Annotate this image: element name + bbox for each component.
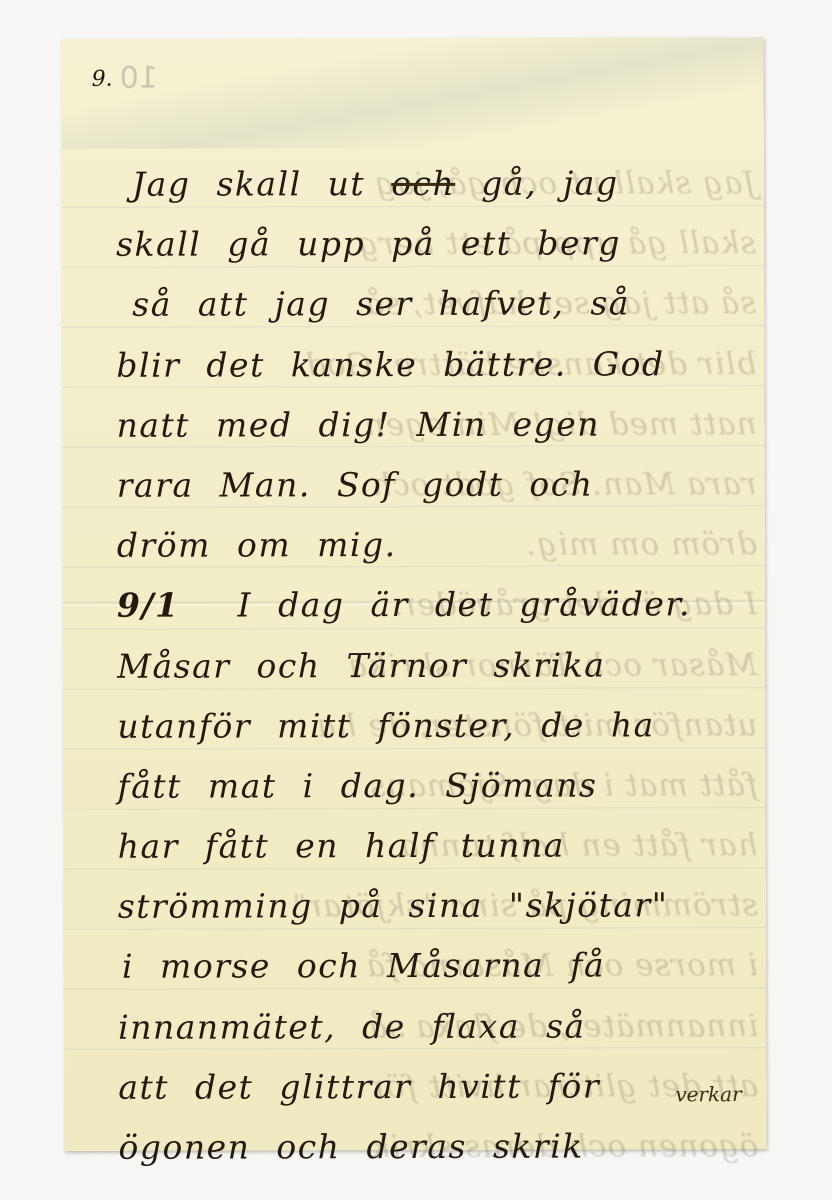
handwritten-line: fått mat i dag. Sjömans xyxy=(117,765,597,805)
handwritten-line: i morse och Måsarna få xyxy=(122,946,605,986)
handwritten-line: innanmätet, de flaxa så xyxy=(118,1006,586,1046)
text-line: så att jag ser hafvet, så så att jag ser… xyxy=(116,275,756,337)
handwritten-line: rara Man. Sof godt och xyxy=(117,464,594,504)
handwritten-line: Måsar och Tärnor skrika xyxy=(117,645,605,685)
handwritten-line: så att jag ser hafvet, så xyxy=(132,284,630,324)
handwritten-line: dröm om mig. xyxy=(117,525,397,565)
handwritten-line: Jag skall ut och gå, jag xyxy=(132,163,619,203)
bleedthrough-text: dröm om mig. xyxy=(525,526,757,563)
text-line: i morse och Måsarna få i morse och Måsar… xyxy=(118,938,758,1000)
handwritten-line: 9/1I dag är det gråväder. xyxy=(117,585,691,626)
handwritten-line: utanför mitt fönster, de ha xyxy=(117,705,655,745)
handwritten-line: att det glittrar hvitt för xyxy=(118,1066,600,1106)
handwritten-line: blir det kanske bättre. God xyxy=(116,344,664,384)
text-line: I dag är det gråväder. 9/1I dag är det g… xyxy=(117,576,757,638)
text-line: att det glittrar hvitt för att det glitt… xyxy=(118,1058,758,1120)
text-line: dröm om mig. dröm om mig. xyxy=(117,516,757,578)
text-line: rara Man. Sof godt och rara Man. Sof god… xyxy=(117,456,757,518)
handwritten-line: strömming på sina "skjötar" xyxy=(118,886,669,926)
handwritten-line: skall gå upp på ett berg xyxy=(116,224,621,264)
page-number: 9. xyxy=(92,67,113,92)
struck-word: och xyxy=(391,164,455,203)
letter-page: 10 9. Jag skall ut och gå, jag Jag skall… xyxy=(62,37,767,1151)
text-line: ögonen och deras skrik ögonen och deras … xyxy=(118,1118,758,1180)
handwritten-line-text: I dag är det gråväder. xyxy=(237,585,691,625)
text-line: innanmätet, de flaxa så innanmätet, de f… xyxy=(118,998,758,1060)
text-line: har fått en half tunna har fått en half … xyxy=(118,817,758,879)
text-line: skall gå upp på ett berg skall gå upp på… xyxy=(116,215,756,277)
text-line: strömming på sina "skjötar" strömming på… xyxy=(118,877,758,939)
catchword-margin-note: verkar xyxy=(675,1082,741,1106)
text-line: utanför mitt fönster, de ha utanför mitt… xyxy=(117,697,757,759)
handwritten-line: har fått en half tunna xyxy=(118,826,565,866)
entry-date: 9/1 xyxy=(117,586,180,625)
handwritten-text-block: Jag skall ut och gå, jag Jag skall ut oc… xyxy=(116,155,759,1180)
page-number-bleedthrough: 10 xyxy=(120,61,158,96)
text-line: natt med dig! Min egen natt med dig! Min… xyxy=(116,396,756,458)
handwritten-line: natt med dig! Min egen xyxy=(117,404,601,444)
text-line: fått mat i dag. Sjömans fått mat i dag. … xyxy=(117,757,757,819)
text-line: Måsar och Tärnor skrika Måsar och Tärnor… xyxy=(117,637,757,699)
text-line: blir det kanske bättre. God blir det kan… xyxy=(116,336,756,398)
handwritten-line: ögonen och deras skrik xyxy=(118,1127,583,1167)
text-line: Jag skall ut och gå, jag Jag skall ut oc… xyxy=(116,155,756,217)
